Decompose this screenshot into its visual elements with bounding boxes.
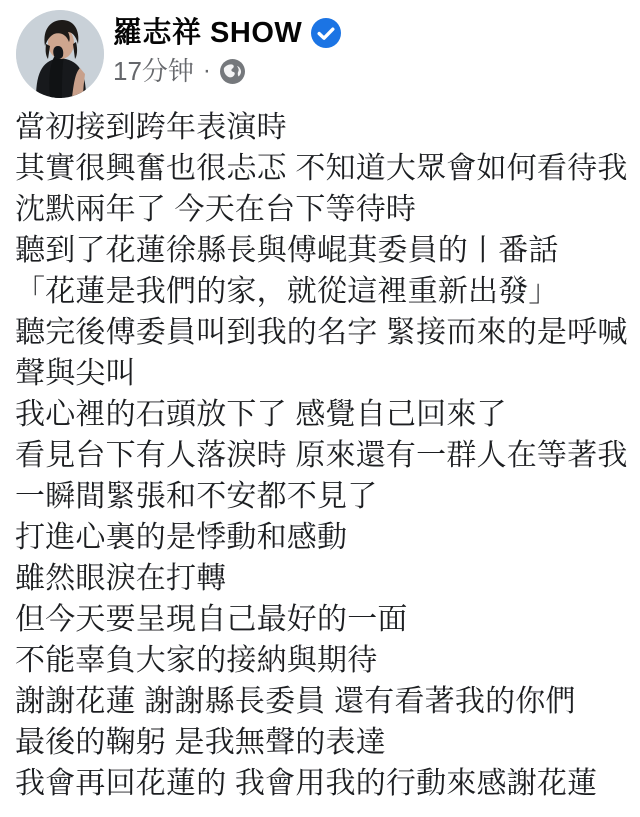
post-text-line: 看見台下有人落淚時 原來還有一群人在等著我 <box>15 435 625 476</box>
meta-separator: · <box>203 57 211 85</box>
post-text-line: 最後的鞠躬 是我無聲的表達 <box>15 722 625 763</box>
post-text-line: 沈默兩年了 今天在台下等待時 <box>15 189 625 230</box>
post-body: 當初接到跨年表演時其實很興奮也很忐忑 不知道大眾會如何看待我沈默兩年了 今天在台… <box>0 107 640 804</box>
verified-badge-icon <box>311 18 341 48</box>
facebook-post: 羅志祥 SHOW 17分钟 · <box>0 0 640 817</box>
post-text-line: 雖然眼淚在打轉 <box>15 558 625 599</box>
post-text-line: 謝謝花蓮 謝謝縣長委員 還有看著我的你們 <box>15 681 625 722</box>
post-text-line: 聽到了花蓮徐縣長與傅崐萁委員的丨番話 <box>15 230 625 271</box>
avatar-image <box>16 10 104 98</box>
author-row: 羅志祥 SHOW <box>113 16 341 50</box>
post-text-line: 一瞬間緊張和不安都不見了 <box>15 476 625 517</box>
post-text-line: 但今天要呈現自己最好的一面 <box>15 599 625 640</box>
timestamp[interactable]: 17分钟 <box>113 57 194 85</box>
post-header: 羅志祥 SHOW 17分钟 · <box>0 0 640 98</box>
post-text-line: 不能辜負大家的接納與期待 <box>15 640 625 681</box>
author-name[interactable]: 羅志祥 SHOW <box>113 16 302 50</box>
post-text-line: 我心裡的石頭放下了 感覺自己回來了 <box>15 394 625 435</box>
header-text: 羅志祥 SHOW 17分钟 · <box>113 10 341 85</box>
avatar[interactable] <box>16 10 104 98</box>
post-text-line: 聽完後傅委員叫到我的名字 緊接而來的是呼喊 <box>15 312 625 353</box>
post-text-line: 我會再回花蓮的 我會用我的行動來感謝花蓮 <box>15 763 625 804</box>
post-text-line: 「花蓮是我們的家，就從這裡重新出發」 <box>15 271 625 312</box>
post-text-line: 其實很興奮也很忐忑 不知道大眾會如何看待我 <box>15 148 625 189</box>
globe-icon <box>220 59 245 84</box>
post-text-line: 聲與尖叫 <box>15 353 625 394</box>
post-text-line: 當初接到跨年表演時 <box>15 107 625 148</box>
post-text-line: 打進心裏的是悸動和感動 <box>15 517 625 558</box>
post-meta: 17分钟 · <box>113 57 341 85</box>
